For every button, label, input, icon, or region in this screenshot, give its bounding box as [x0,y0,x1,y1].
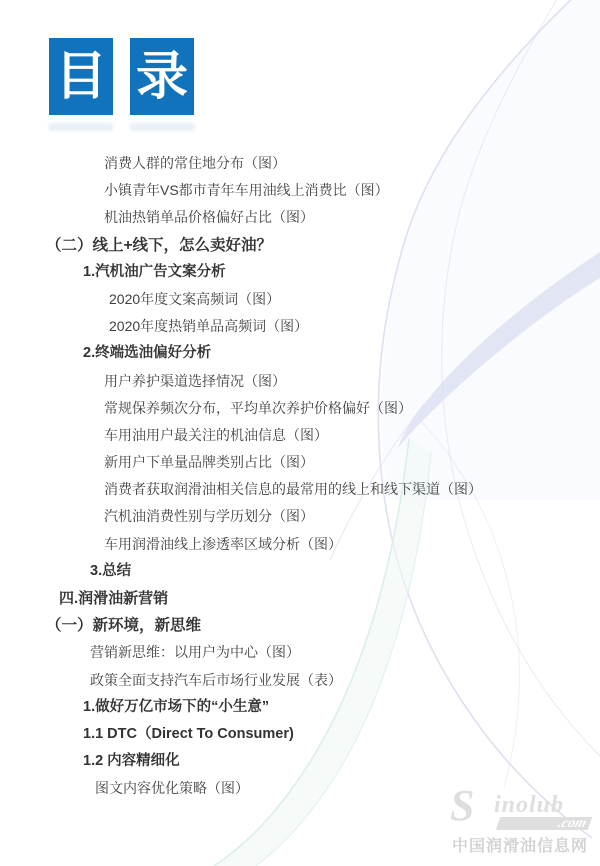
toc-chapter-heading: 四.润滑油新营销 [0,585,600,612]
toc-section-heading: （二）线上+线下，怎么卖好油？ [0,232,600,259]
toc-subsection-heading: 1.做好万亿市场下的“小生意” [0,694,600,721]
toc-subsection-heading: 1.1 DTC（Direct To Consumer) [0,721,600,748]
toc-title-char-1: 目 [55,51,107,103]
toc-entry: 消费者获取润滑油相关信息的最常用的线上和线下渠道（图） [0,476,600,503]
toc-subsection-heading: 3.总结 [0,558,600,585]
toc-entry: 常规保养频次分布，平均单次养护价格偏好（图） [0,395,600,422]
toc-entry: 政策全面支持汽车后市场行业发展（表） [0,667,600,694]
toc-entry: 机油热销单品价格偏好占比（图） [0,204,600,231]
toc-entry: 小镇青年VS都市青年车用油线上消费比（图） [0,177,600,204]
toc-entry: 消费人群的常住地分布（图） [0,150,600,177]
toc-subsection-heading: 1.2 内容精细化 [0,748,600,775]
toc-list: 消费人群的常住地分布（图） 小镇青年VS都市青年车用油线上消费比（图） 机油热销… [0,150,600,803]
watermark-brand-tld: .com [556,817,593,831]
toc-entry: 汽机油消费性别与学历划分（图） [0,503,600,530]
toc-entry: 新用户下单量品牌类别占比（图） [0,449,600,476]
toc-title-reflection-1 [49,123,113,131]
watermark-site-name: 中国润滑油信息网 [452,833,588,856]
toc-entry: 用户养护渠道选择情况（图） [0,368,600,395]
toc-title-reflection-2 [130,123,195,131]
watermark-com-bar: .com [496,817,593,830]
toc-title-tile-1: 目 [49,38,113,115]
toc-entry: 车用润滑油线上渗透率区域分析（图） [0,531,600,558]
toc-entry: 图文内容优化策略（图） [0,775,600,802]
toc-subsection-heading: 1.汽机油广告文案分析 [0,259,600,286]
toc-section-heading: （一）新环境，新思维 [0,612,600,639]
toc-entry: 车用油用户最关注的机油信息（图） [0,422,600,449]
toc-entry: 2020年度文案高频词（图） [0,286,600,313]
toc-subsection-heading: 2.终端选油偏好分析 [0,340,600,367]
toc-title-tile-2: 录 [130,38,194,115]
toc-entry: 营销新思维：以用户为中心（图） [0,639,600,666]
toc-page: 目 录 消费人群的常住地分布（图） 小镇青年VS都市青年车用油线上消费比（图） … [0,0,600,866]
toc-title-char-2: 录 [136,51,188,103]
toc-entry: 2020年度热销单品高频词（图） [0,313,600,340]
